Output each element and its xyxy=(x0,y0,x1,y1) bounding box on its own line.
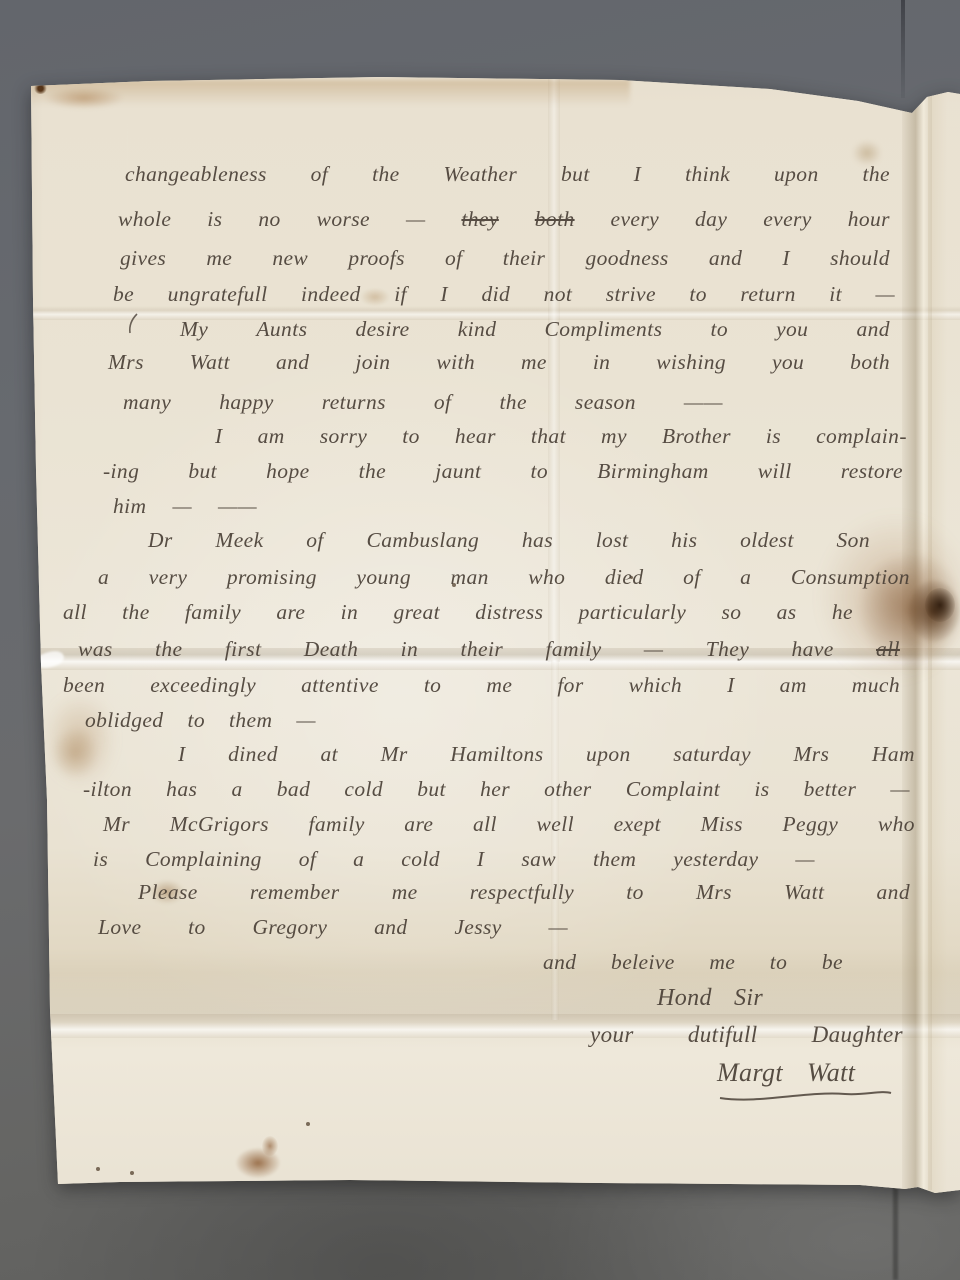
letter-word: — xyxy=(644,637,664,662)
letter-word: Son xyxy=(837,528,870,553)
letter-word: Death xyxy=(304,637,359,662)
photo-of-letter: changeablenessoftheWeatherbutIthinkupont… xyxy=(0,0,960,1280)
letter-word: Please xyxy=(138,880,198,905)
letter-word: if xyxy=(394,282,407,307)
letter-line: beenexceedinglyattentivetomeforwhichIamm… xyxy=(63,673,900,698)
letter-word: Daughter xyxy=(812,1022,903,1048)
letter-word: am xyxy=(780,673,807,698)
letter-word: Mr xyxy=(103,812,130,837)
letter-word: I xyxy=(477,847,485,872)
letter-word: I xyxy=(782,246,790,271)
letter-line: yourdutifullDaughter xyxy=(590,1022,903,1048)
letter-word: both xyxy=(850,350,890,375)
letter-word: wishing xyxy=(656,350,726,375)
letter-line: IamsorrytohearthatmyBrotheriscomplain- xyxy=(215,424,907,449)
letter-word: Hond xyxy=(657,985,712,1012)
letter-word: I xyxy=(440,282,448,307)
letter-word: them xyxy=(593,847,636,872)
letter-word: Consumption xyxy=(791,565,910,590)
letter-word: worse xyxy=(317,207,370,232)
letter-word: — xyxy=(795,847,815,872)
letter-line: MrMcGrigorsfamilyareallwellexeptMissPegg… xyxy=(103,812,915,837)
letter-word: indeed xyxy=(301,282,361,307)
letter-word: Ham xyxy=(872,742,915,767)
letter-word: family xyxy=(185,600,241,625)
letter-word: my xyxy=(601,424,627,449)
letter-word: My xyxy=(180,317,208,342)
letter-line: PleaseremembermerespectfullytoMrsWattand xyxy=(138,880,910,905)
letter-word: and xyxy=(374,915,407,940)
letter-word: to xyxy=(770,950,788,975)
letter-word: and xyxy=(543,950,576,975)
letter-word: have xyxy=(792,637,834,662)
letter-word: Mrs xyxy=(793,742,829,767)
letter-word: is xyxy=(207,207,222,232)
letter-word: dutifull xyxy=(688,1022,758,1048)
letter-word: season xyxy=(575,390,636,415)
letter-word: — xyxy=(296,708,316,733)
letter-word: but xyxy=(417,777,446,802)
letter-line: IdinedatMrHamiltonsuponsaturdayMrsHam xyxy=(178,742,915,767)
letter-word: are xyxy=(404,812,433,837)
letter-word: much xyxy=(852,673,900,698)
letter-word: which xyxy=(629,673,682,698)
letter-word: hear xyxy=(455,424,496,449)
letter-word: promising xyxy=(227,565,317,590)
letter-line: wholeisnoworse—theybotheverydayeveryhour xyxy=(118,207,890,232)
letter-word: Love xyxy=(98,915,141,940)
letter-line: wasthefirstDeathintheirfamily—Theyhaveal… xyxy=(78,637,900,662)
letter-word: his xyxy=(671,528,697,553)
letter-word: gives xyxy=(120,246,166,271)
letter-line: LovetoGregoryandJessy— xyxy=(98,915,568,940)
letter-word: McGrigors xyxy=(170,812,269,837)
letter-word: to xyxy=(689,282,707,307)
letter-word: better xyxy=(804,777,857,802)
letter-word: all xyxy=(473,812,497,837)
letter-word: with xyxy=(436,350,475,375)
letter-word: at xyxy=(321,742,339,767)
letter-word: has xyxy=(522,528,553,553)
letter-line: MrsWattandjoinwithmeinwishingyouboth xyxy=(108,350,890,375)
letter-word: should xyxy=(830,246,890,271)
letter-word: I xyxy=(634,162,642,187)
letter-word: Peggy xyxy=(782,812,838,837)
letter-word: and xyxy=(877,880,910,905)
letter-word: to xyxy=(187,708,205,733)
letter-word: — xyxy=(548,915,568,940)
letter-word: Birmingham xyxy=(597,459,709,484)
letter-word: a xyxy=(231,777,242,802)
letter-word: is xyxy=(754,777,769,802)
letter-word: will xyxy=(758,459,792,484)
letter-word: every xyxy=(763,207,812,232)
letter-word: goodness xyxy=(585,246,668,271)
letter-word: Watt xyxy=(190,350,230,375)
letter-page: changeablenessoftheWeatherbutIthinkupont… xyxy=(0,0,960,1280)
letter-word: hope xyxy=(266,459,309,484)
letter-word: I xyxy=(178,742,186,767)
letter-word: many xyxy=(123,390,171,415)
letter-line: beungratefullindeedifIdidnotstrivetoretu… xyxy=(113,282,895,307)
letter-word: They xyxy=(706,637,749,662)
letter-word: the xyxy=(359,459,386,484)
letter-word: exept xyxy=(614,812,661,837)
letter-word: Hamiltons xyxy=(450,742,543,767)
letter-line: oblidgedtothem— xyxy=(85,708,316,733)
letter-word: Dr xyxy=(148,528,173,553)
letter-word: -ilton xyxy=(83,777,132,802)
letter-word: family xyxy=(309,812,365,837)
letter-word: great xyxy=(393,600,440,625)
letter-word: Watt xyxy=(784,880,824,905)
letter-word: yesterday xyxy=(673,847,758,872)
letter-line: -iltonhasabadcoldbutherotherComplaintisb… xyxy=(83,777,910,802)
letter-word: first xyxy=(225,637,262,662)
letter-word: changeableness xyxy=(125,162,267,187)
letter-line: HondSir xyxy=(657,985,763,1012)
letter-word: —— xyxy=(218,494,257,519)
letter-line: MyAuntsdesirekindComplimentstoyouand xyxy=(180,317,890,342)
letter-word: sorry xyxy=(320,424,367,449)
letter-word: well xyxy=(537,812,574,837)
letter-word: to xyxy=(531,459,549,484)
letter-sheet-wrapper: changeablenessoftheWeatherbutIthinkupont… xyxy=(0,0,960,1280)
letter-word: her xyxy=(480,777,510,802)
letter-word: family xyxy=(545,637,601,662)
letter-word: oldest xyxy=(740,528,794,553)
letter-word: of xyxy=(683,565,701,590)
letter-word: return xyxy=(740,282,795,307)
letter-word: was xyxy=(78,637,113,662)
letter-word: Cambuslang xyxy=(366,528,479,553)
letter-line: MargtWatt xyxy=(717,1058,855,1088)
letter-word: who xyxy=(878,812,915,837)
letter-word: — xyxy=(875,282,895,307)
letter-word: be xyxy=(822,950,843,975)
letter-word: who xyxy=(528,565,565,590)
letter-word: and xyxy=(856,317,889,342)
letter-word: new xyxy=(272,246,308,271)
letter-line: manyhappyreturnsoftheseason—— xyxy=(123,390,723,415)
letter-word: of xyxy=(306,528,324,553)
letter-word: Miss xyxy=(701,812,743,837)
letter-word: Brother xyxy=(662,424,731,449)
letter-word: a xyxy=(740,565,751,590)
letter-word: kind xyxy=(458,317,497,342)
letter-word: every xyxy=(611,207,660,232)
letter-word: as xyxy=(777,600,797,625)
letter-word: has xyxy=(166,777,197,802)
letter-word: all xyxy=(876,637,900,662)
letter-word: upon xyxy=(774,162,819,187)
letter-word: jaunt xyxy=(435,459,481,484)
letter-word: Complaint xyxy=(626,777,720,802)
letter-word: the xyxy=(863,162,890,187)
letter-word: Weather xyxy=(443,162,517,187)
letter-word: desire xyxy=(355,317,409,342)
letter-word: me xyxy=(392,880,418,905)
letter-word: and xyxy=(709,246,742,271)
letter-word: Mrs xyxy=(108,350,144,375)
letter-word: lost xyxy=(596,528,629,553)
letter-word: Meek xyxy=(215,528,263,553)
letter-word: cold xyxy=(344,777,383,802)
letter-line: isComplainingofacoldIsawthemyesterday— xyxy=(93,847,815,872)
letter-word: respectfully xyxy=(470,880,574,905)
letter-word: whole xyxy=(118,207,171,232)
letter-word: dined xyxy=(228,742,278,767)
letter-word: remember xyxy=(250,880,340,905)
letter-word: it xyxy=(829,282,842,307)
letter-line: averypromisingyoungmanwhodiedofaConsumpt… xyxy=(98,565,910,590)
letter-word: be xyxy=(113,282,134,307)
letter-word: — xyxy=(172,494,192,519)
letter-word: the xyxy=(499,390,526,415)
letter-word: Margt xyxy=(717,1058,783,1088)
letter-word: Mr xyxy=(381,742,408,767)
letter-line: -ingbuthopethejaunttoBirminghamwillresto… xyxy=(103,459,903,484)
letter-word: day xyxy=(695,207,727,232)
letter-word: of xyxy=(434,390,452,415)
letter-word: the xyxy=(372,162,399,187)
letter-word: to xyxy=(402,424,420,449)
letter-word: of xyxy=(311,162,329,187)
letter-word: -ing xyxy=(103,459,139,484)
letter-word: me xyxy=(709,950,735,975)
letter-word: to xyxy=(626,880,644,905)
letter-word: me xyxy=(521,350,547,375)
letter-word: but xyxy=(561,162,590,187)
letter-word: Sir xyxy=(734,985,763,1012)
letter-word: Complaining xyxy=(145,847,262,872)
letter-word: saturday xyxy=(673,742,751,767)
letter-word: all xyxy=(63,600,87,625)
letter-word: your xyxy=(590,1022,634,1048)
letter-word: complain- xyxy=(816,424,907,449)
letter-word: they xyxy=(461,207,498,232)
letter-line: DrMeekofCambuslanghaslosthisoldestSon xyxy=(148,528,870,553)
letter-word: so xyxy=(721,600,741,625)
letter-word: to xyxy=(424,673,442,698)
letter-word: — xyxy=(406,207,426,232)
letter-word: been xyxy=(63,673,105,698)
letter-word: I xyxy=(215,424,223,449)
letter-word: join xyxy=(355,350,390,375)
letter-word: their xyxy=(461,637,504,662)
letter-word: exceedingly xyxy=(150,673,256,698)
letter-word: distress xyxy=(475,600,543,625)
letter-word: not xyxy=(544,282,573,307)
letter-word: in xyxy=(401,637,419,662)
letter-word: am xyxy=(258,424,285,449)
letter-word: of xyxy=(445,246,463,271)
letter-word: to xyxy=(710,317,728,342)
letter-word: the xyxy=(122,600,149,625)
letter-word: you xyxy=(776,317,808,342)
letter-line: changeablenessoftheWeatherbutIthinkupont… xyxy=(125,162,890,187)
letter-word: and xyxy=(276,350,309,375)
letter-word: Watt xyxy=(807,1058,855,1088)
letter-line: andbeleivemetobe xyxy=(543,950,843,975)
letter-word: man xyxy=(451,565,489,590)
letter-word: the xyxy=(155,637,182,662)
letter-word: cold xyxy=(401,847,440,872)
letter-word: of xyxy=(299,847,317,872)
letter-word: upon xyxy=(586,742,631,767)
letter-line: him——— xyxy=(113,494,257,519)
letter-word: died xyxy=(605,565,644,590)
letter-word: in xyxy=(593,350,611,375)
letter-word: — xyxy=(890,777,910,802)
letter-word: in xyxy=(341,600,359,625)
letter-word: is xyxy=(766,424,781,449)
letter-word: attentive xyxy=(301,673,379,698)
letter-word: oblidged xyxy=(85,708,163,733)
letter-word: Mrs xyxy=(696,880,732,905)
letter-word: hour xyxy=(848,207,890,232)
letter-word: restore xyxy=(841,459,903,484)
letter-word: Jessy xyxy=(454,915,501,940)
letter-word: their xyxy=(503,246,546,271)
letter-word: he xyxy=(832,600,853,625)
letter-word: you xyxy=(772,350,804,375)
letter-word: to xyxy=(188,915,206,940)
letter-word: them xyxy=(229,708,272,733)
letter-word: are xyxy=(276,600,305,625)
letter-word: particularly xyxy=(579,600,687,625)
letter-word: Gregory xyxy=(252,915,327,940)
letter-word: did xyxy=(481,282,510,307)
letter-line: givesmenewproofsoftheirgoodnessandIshoul… xyxy=(120,246,890,271)
letter-word: Compliments xyxy=(544,317,662,342)
letter-word: both xyxy=(535,207,575,232)
letter-word: that xyxy=(531,424,566,449)
letter-word: no xyxy=(258,207,280,232)
letter-word: ungratefull xyxy=(168,282,268,307)
letter-word: —— xyxy=(684,390,723,415)
letter-word: strive xyxy=(606,282,656,307)
letter-word: young xyxy=(356,565,411,590)
letter-word: me xyxy=(206,246,232,271)
letter-word: other xyxy=(544,777,591,802)
letter-word: returns xyxy=(322,390,386,415)
letter-word: saw xyxy=(521,847,556,872)
letter-word: is xyxy=(93,847,108,872)
letter-word: bad xyxy=(277,777,310,802)
letter-word: proofs xyxy=(348,246,405,271)
letter-word: for xyxy=(557,673,583,698)
letter-word: happy xyxy=(219,390,274,415)
letter-word: think xyxy=(685,162,730,187)
letter-word: him xyxy=(113,494,146,519)
letter-word: Aunts xyxy=(256,317,307,342)
letter-word: I xyxy=(727,673,735,698)
letter-word: beleive xyxy=(611,950,675,975)
letter-word: very xyxy=(149,565,188,590)
letter-word: a xyxy=(98,565,109,590)
letter-word: but xyxy=(188,459,217,484)
letter-line: allthefamilyareingreatdistressparticular… xyxy=(63,600,853,625)
letter-word: me xyxy=(486,673,512,698)
letter-body-text: changeablenessoftheWeatherbutIthinkupont… xyxy=(0,0,960,1280)
letter-word: a xyxy=(353,847,364,872)
